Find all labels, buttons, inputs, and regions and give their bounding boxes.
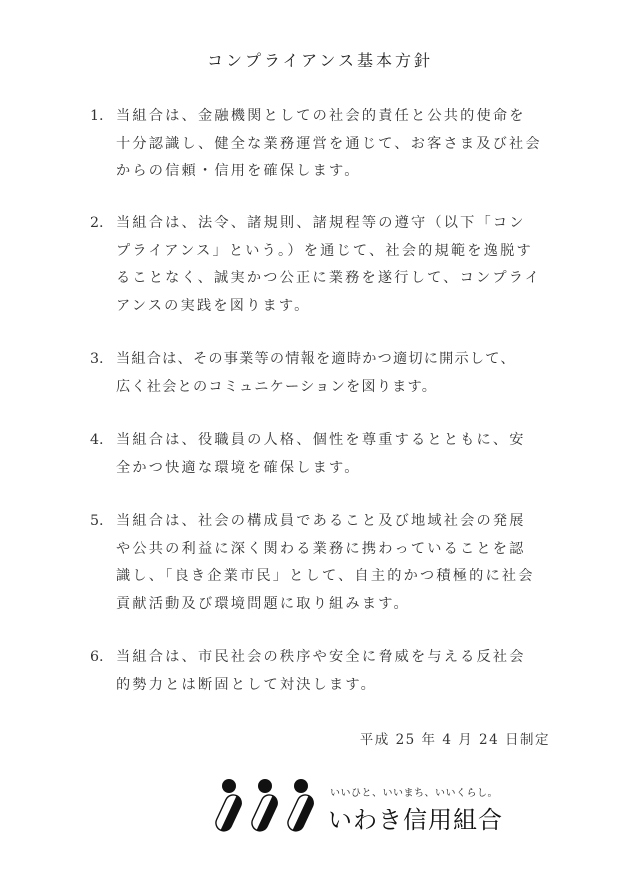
document-title: コンプライアンス基本方針: [0, 48, 640, 71]
policy-item-5: 5. 当組合は、社会の構成員であること及び地域社会の発展 や公共の利益に深く関わ…: [90, 508, 560, 618]
item-number: 4.: [90, 427, 118, 455]
item-line: 当組合は、社会の構成員であること及び地域社会の発展: [90, 508, 560, 536]
item-number: 3.: [90, 346, 118, 374]
item-line: や公共の利益に深く関わる業務に携わっていることを認: [90, 536, 560, 564]
item-number: 2.: [90, 210, 118, 238]
enacted-date: 平成 25 年 4 月 24 日制定: [360, 728, 550, 748]
item-line: 的勢力とは断固として対決します。: [90, 672, 560, 700]
item-line: アンスの実践を図ります。: [90, 293, 560, 321]
item-line: 当組合は、金融機関としての社会的責任と公共的使命を: [90, 103, 560, 131]
item-line: ることなく、誠実かつ公正に業務を遂行して、コンプライ: [90, 265, 560, 293]
organization-logo: いいひと、いいまち、いいくらし。 いわき信用組合: [212, 778, 492, 834]
item-line: 当組合は、その事業等の情報を適時かつ適切に開示して、: [90, 346, 560, 374]
item-line: 識し、「良き企業市民」として、自主的かつ積極的に社会: [90, 563, 560, 591]
item-number: 1.: [90, 103, 118, 131]
item-line: 十分認識し、健全な業務運営を通じて、お客さま及び社会: [90, 131, 560, 159]
three-people-i-icon: [212, 778, 322, 834]
organization-name: いわき信用組合: [328, 800, 503, 835]
policy-item-6: 6. 当組合は、市民社会の秩序や安全に脅威を与える反社会 的勢力とは断固として対…: [90, 644, 560, 699]
item-line: 広く社会とのコミュニケーションを図ります。: [90, 374, 560, 402]
policy-item-2: 2. 当組合は、法令、諸規則、諸規程等の遵守（以下「コン プライアンス」という。…: [90, 210, 560, 320]
item-line: からの信頼・信用を確保します。: [90, 158, 560, 186]
item-line: 当組合は、市民社会の秩序や安全に脅威を与える反社会: [90, 644, 560, 672]
item-line: 当組合は、法令、諸規則、諸規程等の遵守（以下「コン: [90, 210, 560, 238]
policy-item-3: 3. 当組合は、その事業等の情報を適時かつ適切に開示して、 広く社会とのコミュニ…: [90, 346, 560, 401]
item-line: 貢献活動及び環境問題に取り組みます。: [90, 591, 560, 619]
item-line: 当組合は、役職員の人格、個性を尊重するとともに、安: [90, 427, 560, 455]
item-number: 5.: [90, 508, 118, 536]
policy-item-1: 1. 当組合は、金融機関としての社会的責任と公共的使命を 十分認識し、健全な業務…: [90, 103, 560, 186]
item-number: 6.: [90, 644, 118, 672]
item-line: プライアンス」という。）を通じて、社会的規範を逸脱す: [90, 238, 560, 266]
item-line: 全かつ快適な環境を確保します。: [90, 455, 560, 483]
logo-slogan: いいひと、いいまち、いいくらし。: [330, 784, 498, 799]
policy-item-4: 4. 当組合は、役職員の人格、個性を尊重するとともに、安 全かつ快適な環境を確保…: [90, 427, 560, 482]
